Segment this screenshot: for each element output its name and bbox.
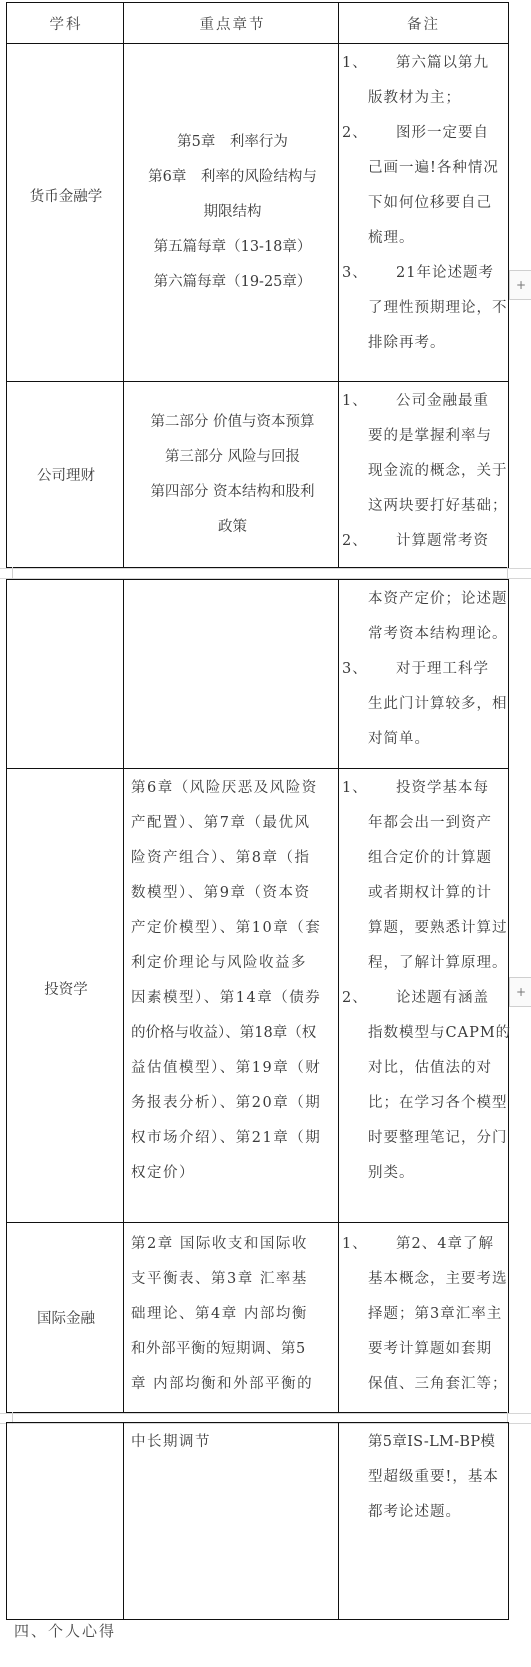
note-line: 组合定价的计算题: [342, 841, 503, 876]
header-chapters: 重点章节: [125, 3, 340, 43]
chapter-line: 章 内部均衡和外部平衡的: [131, 1367, 336, 1402]
note-line: 或者期权计算的计: [342, 876, 503, 911]
chapter-line: 务报表分析）、第20章（期: [131, 1086, 336, 1121]
chapter-line: 产定价模型）、第10章（套: [131, 911, 336, 946]
table-row-international-finance: 国际金融 第2章 国际收支和国际收 支平衡表、第3章 汇率基 础理论、第4章 内…: [7, 1222, 508, 1412]
chapter-line: 支平衡表、第3章 汇率基: [131, 1262, 336, 1297]
note-line: 型超级重要!，基本: [342, 1460, 503, 1495]
table-row-corporate-finance: 公司理财 第二部分 价值与资本预算 第三部分 风险与回报 第四部分 资本结构和股…: [7, 381, 508, 567]
chapter-line: 政策: [218, 510, 247, 545]
chapters-cell: [125, 580, 340, 768]
notes-cell: 1、第2、4章了解 基本概念，主要考选 择题；第3章汇率主 要考计算题如套期 保…: [340, 1223, 507, 1412]
chapter-line: 期限结构: [204, 195, 262, 230]
note-line: 算题，要熟悉计算过: [342, 911, 503, 946]
chapter-line: 第四部分 资本结构和股利: [150, 475, 314, 510]
chapter-line: 权定价）: [131, 1156, 336, 1191]
table-row-international-finance-cont: 中长期调节 第5章IS-LM-BP模 型超级重要!，基本 都考论述题。: [7, 1423, 508, 1619]
note-line: 年都会出一到资产: [342, 806, 503, 841]
subject-cell: 国际金融: [7, 1223, 125, 1412]
table-row-corporate-finance-cont: 本资产定价；论述题 常考资本结构理论。 3、对于理工科学 生此门计算较多，相 对…: [7, 580, 508, 768]
chapter-line: 础理论、第4章 内部均衡: [131, 1297, 336, 1332]
note-line: 下如何位移要自己: [342, 186, 503, 221]
note-line: 排除再考。: [342, 326, 503, 361]
note-line: 常考资本结构理论。: [342, 617, 503, 652]
chapter-line: 第六篇每章（19-25章）: [154, 265, 312, 300]
chapter-line: 第五篇每章（13-18章）: [154, 230, 312, 265]
note-line: 生此门计算较多，相: [342, 687, 503, 722]
note-line: 现金流的概念，关于: [342, 454, 503, 489]
note-line: 都考论述题。: [342, 1495, 503, 1530]
chapters-cell: 第2章 国际收支和国际收 支平衡表、第3章 汇率基 础理论、第4章 内部均衡 和…: [125, 1223, 340, 1412]
course-table-page-2: 本资产定价；论述题 常考资本结构理论。 3、对于理工科学 生此门计算较多，相 对…: [6, 579, 509, 1413]
notes-cell: 第5章IS-LM-BP模 型超级重要!，基本 都考论述题。: [340, 1423, 507, 1619]
subject-cell: [7, 580, 125, 768]
chapter-line: 和外部平衡的短期调、第5: [131, 1332, 336, 1367]
note-line: 1、第六篇以第九: [342, 46, 503, 81]
add-row-button[interactable]: +: [509, 270, 531, 300]
section-title: 四、个人心得: [14, 1620, 116, 1641]
note-line: 2、图形一定要自: [342, 116, 503, 151]
chapter-line: 数模型）、第9章（资本资: [131, 876, 336, 911]
note-line: 第5章IS-LM-BP模: [342, 1425, 503, 1460]
page-break: [0, 568, 531, 579]
chapter-line: 产配置）、第7章（最优风: [131, 806, 336, 841]
note-line: 时要整理笔记，分门: [342, 1121, 503, 1156]
notes-cell: 1、投资学基本每 年都会出一到资产 组合定价的计算题 或者期权计算的计 算题，要…: [340, 769, 507, 1222]
note-line: 1、第2、4章了解: [342, 1227, 503, 1262]
note-line: 程，了解计算原理。: [342, 946, 503, 981]
subject-cell: [7, 1423, 125, 1619]
note-line: 2、计算题常考资: [342, 524, 503, 559]
note-line: 己画一遍!各种情况: [342, 151, 503, 186]
note-line: 这两块要打好基础；: [342, 489, 503, 524]
note-line: 指数模型与CAPM的: [342, 1016, 503, 1051]
chapter-line: 因素模型）、第14章（债券: [131, 981, 336, 1016]
notes-cell: 1、第六篇以第九 版教材为主； 2、图形一定要自 己画一遍!各种情况 下如何位移…: [340, 44, 507, 381]
subject-cell: 货币金融学: [7, 44, 125, 381]
note-line: 梳理。: [342, 221, 503, 256]
note-line: 择题；第3章汇率主: [342, 1297, 503, 1332]
subject-cell: 公司理财: [7, 382, 125, 567]
header-row: 学科 重点章节 备注: [7, 3, 508, 43]
chapter-line: 权市场介绍）、第21章（期: [131, 1121, 336, 1156]
chapter-line: 第6章（风险厌恶及风险资: [131, 771, 336, 806]
chapter-line: 第2章 国际收支和国际收: [131, 1227, 336, 1262]
note-line: 3、21年论述题考: [342, 256, 503, 291]
add-row-button[interactable]: +: [509, 977, 531, 1007]
chapter-line: 第三部分 风险与回报: [165, 440, 300, 475]
notes-cell: 1、公司金融最重 要的是掌握利率与 现金流的概念，关于 这两块要打好基础； 2、…: [340, 382, 507, 567]
note-line: 要的是掌握利率与: [342, 419, 503, 454]
note-line: 2、论述题有涵盖: [342, 981, 503, 1016]
chapter-line: 第6章 利率的风险结构与: [148, 160, 317, 195]
note-line: 1、公司金融最重: [342, 384, 503, 419]
chapters-cell: 第二部分 价值与资本预算 第三部分 风险与回报 第四部分 资本结构和股利 政策: [125, 382, 340, 567]
note-line: 别类。: [342, 1156, 503, 1191]
note-line: 要考计算题如套期: [342, 1332, 503, 1367]
chapters-cell: 第6章（风险厌恶及风险资 产配置）、第7章（最优风 险资产组合）、第8章（指 数…: [125, 769, 340, 1222]
header-subject: 学科: [7, 3, 125, 43]
note-line: 版教材为主；: [342, 81, 503, 116]
chapters-cell: 中长期调节: [125, 1423, 340, 1619]
note-line: 保值、三角套汇等；: [342, 1367, 503, 1402]
note-line: 了理性预期理论，不: [342, 291, 503, 326]
chapter-line: 第5章 利率行为: [177, 125, 288, 160]
note-line: 3、对于理工科学: [342, 652, 503, 687]
table-row-investments: 投资学 第6章（风险厌恶及风险资 产配置）、第7章（最优风 险资产组合）、第8章…: [7, 768, 508, 1222]
chapter-line: 中长期调节: [131, 1425, 336, 1460]
course-table-page-3: 中长期调节 第5章IS-LM-BP模 型超级重要!，基本 都考论述题。: [6, 1422, 509, 1620]
header-notes: 备注: [340, 3, 507, 43]
note-line: 本资产定价；论述题: [342, 582, 503, 617]
note-line: 比；在学习各个模型: [342, 1086, 503, 1121]
course-table-page-1: 学科 重点章节 备注 货币金融学 第5章 利率行为 第6章 利率的风险结构与 期…: [6, 2, 509, 568]
chapter-line: 险资产组合）、第8章（指: [131, 841, 336, 876]
chapters-cell: 第5章 利率行为 第6章 利率的风险结构与 期限结构 第五篇每章（13-18章）…: [125, 44, 340, 381]
note-line: 对简单。: [342, 722, 503, 757]
chapter-line: 利定价理论与风险收益多: [131, 946, 336, 981]
table-row-monetary-finance: 货币金融学 第5章 利率行为 第6章 利率的风险结构与 期限结构 第五篇每章（1…: [7, 43, 508, 381]
chapter-line: 的价格与收益）、第18章（权: [131, 1016, 336, 1051]
note-line: 基本概念，主要考选: [342, 1262, 503, 1297]
note-line: 1、投资学基本每: [342, 771, 503, 806]
subject-cell: 投资学: [7, 769, 125, 1222]
chapter-line: 益估值模型）、第19章（财: [131, 1051, 336, 1086]
chapter-line: 第二部分 价值与资本预算: [150, 405, 314, 440]
note-line: 对比，估值法的对: [342, 1051, 503, 1086]
notes-cell: 本资产定价；论述题 常考资本结构理论。 3、对于理工科学 生此门计算较多，相 对…: [340, 580, 507, 768]
